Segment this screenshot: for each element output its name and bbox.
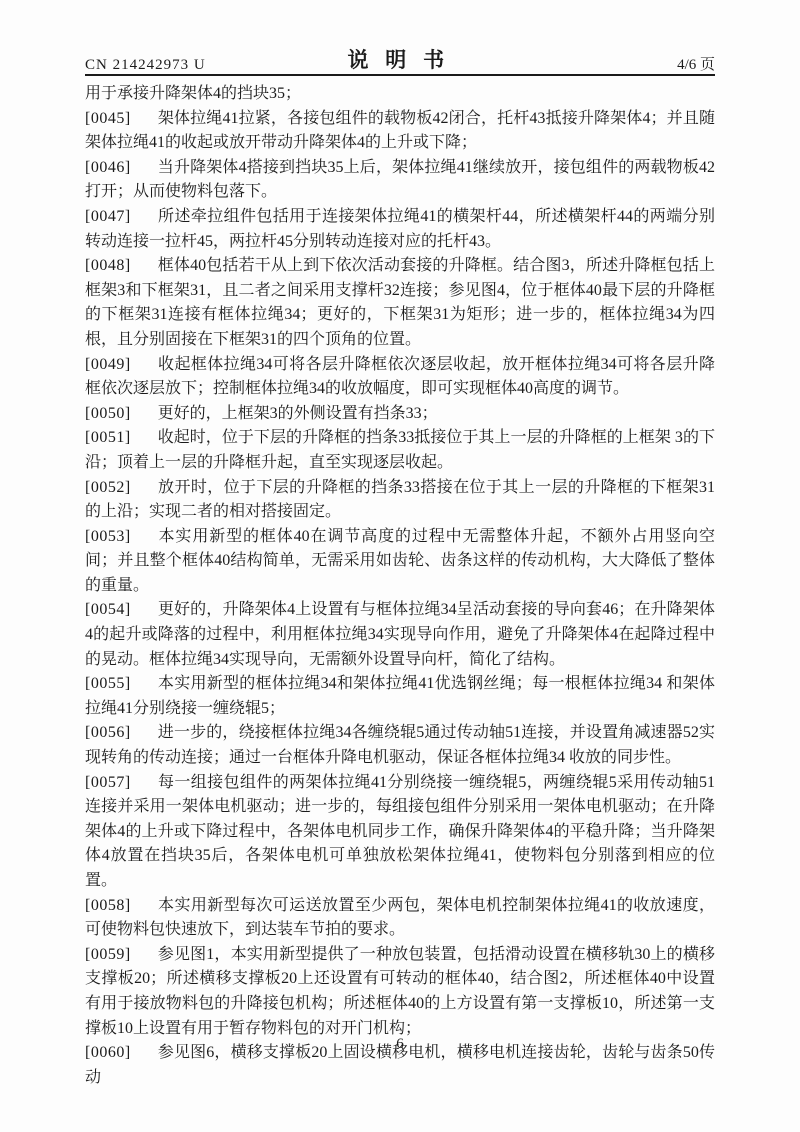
paragraph-number: [0048] xyxy=(85,254,131,279)
paragraph-text: 用于承接升降架体4的挡块35； xyxy=(85,85,301,102)
paragraph-text: 收起时，位于下层的升降框的挡条33抵接位于其上一层的升降框的上框架 3的下沿；顶… xyxy=(85,429,715,471)
page-number: 6 xyxy=(396,1036,404,1052)
paragraph-number: [0053] xyxy=(85,525,131,550)
paragraph: [0047]所述牵拉组件包括用于连接架体拉绳41的横架杆44，所述横架杆44的两… xyxy=(85,205,715,254)
paragraph-number: [0054] xyxy=(85,598,131,623)
paragraph: [0055]本实用新型的框体拉绳34和架体拉绳41优选钢丝绳；每一根框体拉绳34… xyxy=(85,672,715,721)
paragraph-number: [0050] xyxy=(85,402,131,427)
paragraph: [0050]更好的，上框架3的外侧设置有挡条33； xyxy=(85,402,715,427)
paragraph: [0048]框体40包括若干从上到下依次活动套接的升降框。结合图3，所述升降框包… xyxy=(85,254,715,352)
specification-body: 用于承接升降架体4的挡块35； [0045]架体拉绳41拉紧，各接包组件的载物板… xyxy=(85,82,715,1090)
paragraph: [0057]每一组接包组件的两架体拉绳41分别绕接一缠绕辊5，两缠绕辊5采用传动… xyxy=(85,771,715,894)
paragraph-number: [0059] xyxy=(85,943,131,968)
paragraph-text: 更好的，上框架3的外侧设置有挡条33； xyxy=(158,405,438,422)
paragraph-number: [0046] xyxy=(85,156,131,181)
page-footer: 6 xyxy=(0,1036,800,1053)
paragraph-text: 本实用新型的框体拉绳34和架体拉绳41优选钢丝绳；每一根框体拉绳34 和架体拉绳… xyxy=(85,675,715,717)
page-indicator: 4/6 页 xyxy=(677,53,715,74)
paragraph-number: [0056] xyxy=(85,721,131,746)
paragraph: [0059]参见图1，本实用新型提供了一种放包装置，包括滑动设置在横移轨30上的… xyxy=(85,943,715,1041)
paragraph-text: 当升降架体4搭接到挡块35上后，架体拉绳41继续放开，接包组件的两载物板42打开… xyxy=(85,159,715,201)
patent-number: CN 214242973 U xyxy=(85,57,206,74)
page-header: CN 214242973 U 说明书 4/6 页 xyxy=(85,48,715,74)
paragraph: [0058]本实用新型每次可运送放置至少两包，架体电机控制架体拉绳41的收放速度… xyxy=(85,894,715,943)
paragraph-number: [0047] xyxy=(85,205,131,230)
paragraph: [0056]进一步的，绕接框体拉绳34各缠绕辊5通过传动轴51连接，并设置角减速… xyxy=(85,721,715,770)
paragraph: [0045]架体拉绳41拉紧，各接包组件的载物板42闭合，托杆43抵接升降架体4… xyxy=(85,107,715,156)
paragraph-text: 参见图1，本实用新型提供了一种放包装置，包括滑动设置在横移轨30上的横移支撑板2… xyxy=(85,946,715,1037)
paragraph-text: 进一步的，绕接框体拉绳34各缠绕辊5通过传动轴51连接，并设置角减速器52实现转… xyxy=(85,724,715,766)
paragraph-number: [0051] xyxy=(85,426,131,451)
paragraph-number: [0045] xyxy=(85,107,131,132)
paragraph-text: 更好的，升降架体4上设置有与框体拉绳34呈活动套接的导向套46；在升降架体4的起… xyxy=(85,601,715,667)
paragraph-text: 架体拉绳41拉紧，各接包组件的载物板42闭合，托杆43抵接升降架体4；并且随架体… xyxy=(85,110,715,152)
paragraph-text: 本实用新型每次可运送放置至少两包，架体电机控制架体拉绳41的收放速度，可使物料包… xyxy=(85,897,715,939)
header-rule xyxy=(85,74,715,76)
paragraph-text: 每一组接包组件的两架体拉绳41分别绕接一缠绕辊5，两缠绕辊5采用传动轴51连接并… xyxy=(85,774,715,889)
paragraph-text: 框体40包括若干从上到下依次活动套接的升降框。结合图3，所述升降框包括上框架3和… xyxy=(85,257,715,348)
paragraph-number: [0055] xyxy=(85,672,131,697)
paragraph-number: [0058] xyxy=(85,894,131,919)
patent-specification-page: CN 214242973 U 说明书 4/6 页 用于承接升降架体4的挡块35；… xyxy=(0,0,800,1132)
paragraph: [0051]收起时，位于下层的升降框的挡条33抵接位于其上一层的升降框的上框架 … xyxy=(85,426,715,475)
paragraph-text: 放开时，位于下层的升降框的挡条33搭接在位于其上一层的升降框的下框架31的上沿；… xyxy=(85,479,715,521)
document-title: 说明书 xyxy=(339,44,461,74)
paragraph-number: [0057] xyxy=(85,771,131,796)
paragraph: [0046]当升降架体4搭接到挡块35上后，架体拉绳41继续放开，接包组件的两载… xyxy=(85,156,715,205)
paragraph-text: 收起框体拉绳34可将各层升降框依次逐层收起，放开框体拉绳34可将各层升降框依次逐… xyxy=(85,356,715,398)
paragraph: [0052]放开时，位于下层的升降框的挡条33搭接在位于其上一层的升降框的下框架… xyxy=(85,476,715,525)
paragraph-number: [0052] xyxy=(85,476,131,501)
paragraph: [0054]更好的，升降架体4上设置有与框体拉绳34呈活动套接的导向套46；在升… xyxy=(85,598,715,672)
paragraph: [0053]本实用新型的框体40在调节高度的过程中无需整体升起，不额外占用竖向空… xyxy=(85,525,715,599)
paragraph-number: [0049] xyxy=(85,353,131,378)
paragraph: [0049]收起框体拉绳34可将各层升降框依次逐层收起，放开框体拉绳34可将各层… xyxy=(85,353,715,402)
paragraph-text: 本实用新型的框体40在调节高度的过程中无需整体升起，不额外占用竖向空间；并且整个… xyxy=(85,528,715,594)
paragraph-text: 所述牵拉组件包括用于连接架体拉绳41的横架杆44，所述横架杆44的两端分别转动连… xyxy=(85,208,715,250)
paragraph: 用于承接升降架体4的挡块35； xyxy=(85,82,715,107)
